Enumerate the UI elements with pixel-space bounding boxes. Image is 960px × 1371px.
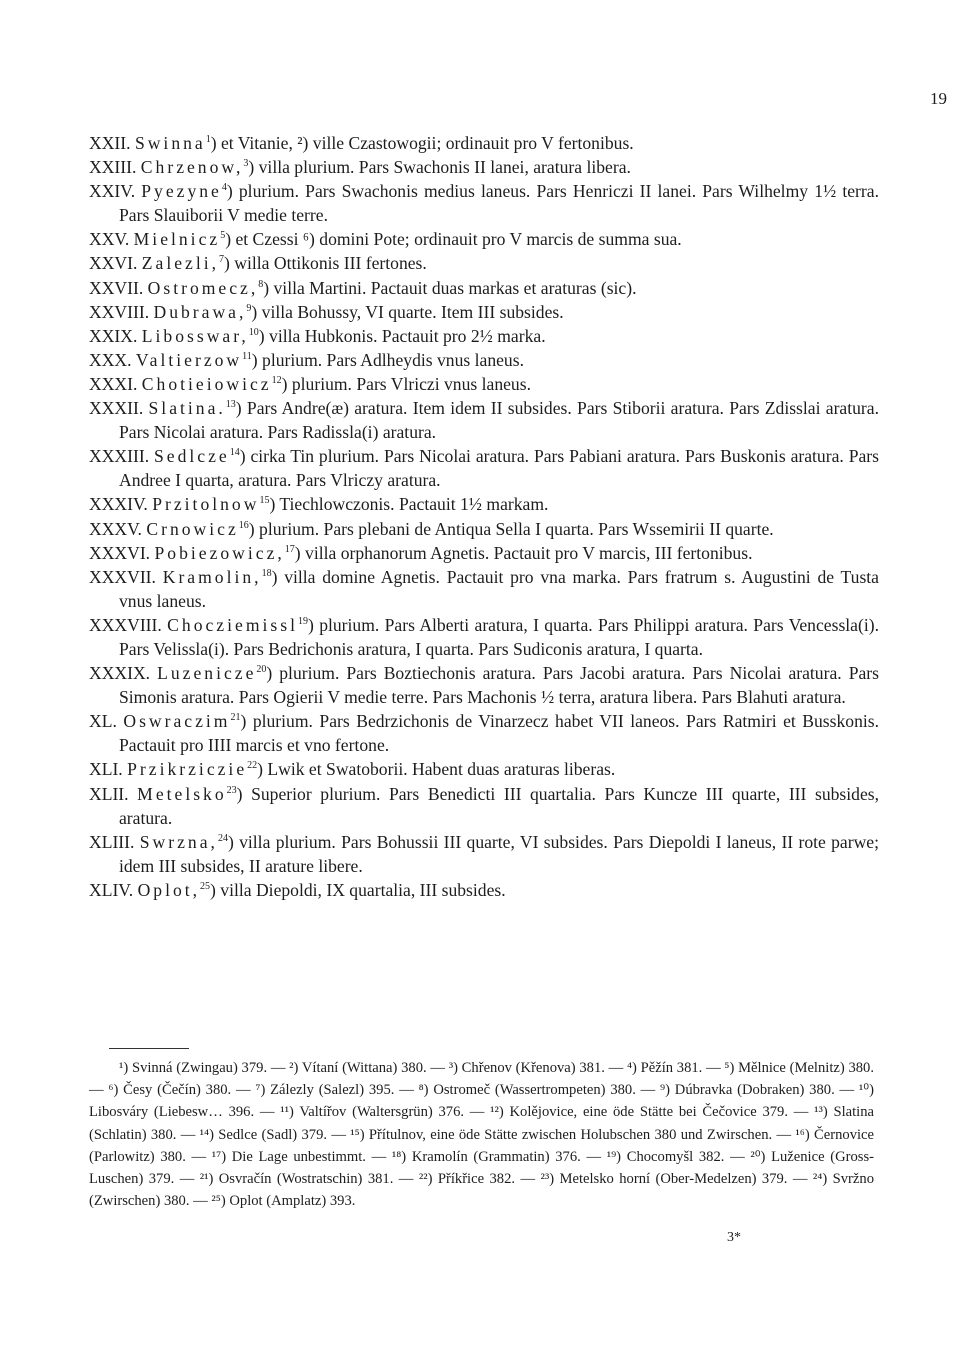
- footnote-ref: 10: [249, 327, 259, 338]
- entry-text: ) plurium. Pars Swachonis medius laneus.…: [119, 181, 879, 225]
- place-name: Oplot,: [138, 880, 200, 900]
- entry-text: ) et Vitanie, ²) ville Czastowogii; ordi…: [211, 133, 634, 153]
- entry-numeral: XLII.: [89, 784, 129, 804]
- signature-mark: 3*: [727, 1230, 741, 1246]
- entry-xl: XL. Oswraczim21) plurium. Pars Bedrzicho…: [89, 709, 879, 757]
- entry-numeral: XXX.: [89, 350, 132, 370]
- footnote-ref: 11: [242, 351, 252, 362]
- entry-xxxv: XXXV. Crnowicz16) plurium. Pars plebani …: [89, 517, 879, 541]
- entry-xli: XLI. Przikrziczie22) Lwik et Swatoborii.…: [89, 757, 879, 781]
- place-name: Chrzenow,: [141, 157, 244, 177]
- place-name: Chocziemissl: [167, 615, 298, 635]
- entry-numeral: XXXV.: [89, 519, 142, 539]
- entry-xxvii: XXVII. Ostromecz,8) villa Martini. Pacta…: [89, 276, 879, 300]
- entry-xxxiv: XXXIV. Przitolnow15) Tiechlowczonis. Pac…: [89, 492, 879, 516]
- entry-text: ) Tiechlowczonis. Pactauit 1½ markam.: [269, 494, 548, 514]
- place-name: Crnowicz: [146, 519, 238, 539]
- footnotes: ¹) Svinná (Zwingau) 379. — ²) Vítaní (Wi…: [89, 1057, 874, 1212]
- entry-numeral: XXXII.: [89, 398, 143, 418]
- footnote-ref: 24: [218, 833, 228, 844]
- footnote-ref: 25: [200, 881, 210, 892]
- entry-numeral: XXXVI.: [89, 543, 150, 563]
- place-name: Slatina.: [149, 398, 226, 418]
- place-name: Pobiezowicz,: [155, 543, 285, 563]
- entry-xxv: XXV. Mielnicz5) et Czessi ⁶) domini Pote…: [89, 227, 879, 251]
- footnote-ref: 19: [298, 616, 308, 627]
- entry-text: ) villa Diepoldi, IX quartalia, III subs…: [210, 880, 506, 900]
- place-name: Zalezli,: [142, 253, 219, 273]
- place-name: Kramolin,: [163, 567, 262, 587]
- entry-numeral: XXXVIII.: [89, 615, 162, 635]
- entry-xxix: XXIX. Libosswar,10) villa Hubkonis. Pact…: [89, 324, 879, 348]
- place-name: Luzenicze: [157, 663, 256, 683]
- entry-numeral: XXIX.: [89, 326, 137, 346]
- place-name: Mielnicz: [134, 229, 221, 249]
- footnote-divider: [109, 1048, 189, 1049]
- entry-xxii: XXII. Swinna1) et Vitanie, ²) ville Czas…: [89, 131, 879, 155]
- entry-xxxvi: XXXVI. Pobiezowicz,17) villa orphanorum …: [89, 541, 879, 565]
- entry-text: ) Lwik et Swatoborii. Habent duas aratur…: [257, 759, 615, 779]
- footnote-ref: 20: [256, 664, 266, 675]
- place-name: Swrzna,: [140, 832, 218, 852]
- entry-numeral: XXXIX.: [89, 663, 150, 683]
- entry-numeral: XXVI.: [89, 253, 137, 273]
- place-name: Chotieiowicz: [142, 374, 272, 394]
- entry-text: ) et Czessi ⁶) domini Pote; ordinauit pr…: [225, 229, 682, 249]
- footnote-ref: 22: [247, 760, 257, 771]
- entry-numeral: XLIII.: [89, 832, 134, 852]
- place-name: Valtierzow: [136, 350, 242, 370]
- place-name: Pyezyne: [141, 181, 222, 201]
- entry-text: ) plurium. Pars Vlriczi vnus laneus.: [282, 374, 531, 394]
- entry-xxxi: XXXI. Chotieiowicz12) plurium. Pars Vlri…: [89, 372, 879, 396]
- footnote-ref: 15: [259, 495, 269, 506]
- entry-numeral: XXXVII.: [89, 567, 156, 587]
- page-number: 19: [930, 89, 947, 109]
- entry-xxviii: XXVIII. Dubrawa,9) villa Bohussy, VI qua…: [89, 300, 879, 324]
- entry-numeral: XLI.: [89, 759, 123, 779]
- footnote-ref: 18: [262, 568, 272, 579]
- footnote-ref: 14: [230, 447, 240, 458]
- entry-numeral: XXIII.: [89, 157, 136, 177]
- entry-numeral: XXXIII.: [89, 446, 149, 466]
- entry-xxxviii: XXXVIII. Chocziemissl19) plurium. Pars A…: [89, 613, 879, 661]
- entry-text: ) villa Martini. Pactauit duas markas et…: [263, 278, 636, 298]
- entry-xxiii: XXIII. Chrzenow,3) villa plurium. Pars S…: [89, 155, 879, 179]
- footnote-ref: 23: [227, 785, 237, 796]
- footnote-ref: 16: [239, 520, 249, 531]
- entry-numeral: XXV.: [89, 229, 129, 249]
- entry-xxvi: XXVI. Zalezli,7) willa Ottikonis III fer…: [89, 251, 879, 275]
- entry-xxxiii: XXXIII. Sedlcze14) cirka Tin plurium. Pa…: [89, 444, 879, 492]
- entry-xxiv: XXIV. Pyezyne4) plurium. Pars Swachonis …: [89, 179, 879, 227]
- place-name: Przikrziczie: [127, 759, 247, 779]
- entry-numeral: XLIV.: [89, 880, 133, 900]
- entry-numeral: XXII.: [89, 133, 131, 153]
- entry-xliii: XLIII. Swrzna,24) villa plurium. Pars Bo…: [89, 830, 879, 878]
- entry-numeral: XXXIV.: [89, 494, 148, 514]
- place-name: Oswraczim: [123, 711, 230, 731]
- entry-numeral: XXVII.: [89, 278, 143, 298]
- entry-xxxix: XXXIX. Luzenicze20) plurium. Pars Boztie…: [89, 661, 879, 709]
- footnote-ref: 17: [285, 544, 295, 555]
- entry-text: ) plurium. Pars plebani de Antiqua Sella…: [249, 519, 774, 539]
- entry-text: ) villa orphanorum Agnetis. Pactauit pro…: [295, 543, 753, 563]
- footnote-ref: 12: [272, 375, 282, 386]
- entry-numeral: XXVIII.: [89, 302, 149, 322]
- place-name: Metelsko: [137, 784, 226, 804]
- entry-numeral: XL.: [89, 711, 117, 731]
- entry-xliv: XLIV. Oplot,25) villa Diepoldi, IX quart…: [89, 878, 879, 902]
- entry-text: ) villa plurium. Pars Swachonis II lanei…: [248, 157, 631, 177]
- place-name: Dubrawa,: [154, 302, 247, 322]
- entry-numeral: XXXI.: [89, 374, 137, 394]
- entry-text: ) plurium. Pars Adlheydis vnus laneus.: [252, 350, 524, 370]
- footnote-ref: 21: [230, 712, 240, 723]
- entry-xxx: XXX. Valtierzow11) plurium. Pars Adlheyd…: [89, 348, 879, 372]
- place-name: Libosswar,: [142, 326, 249, 346]
- place-name: Przitolnow: [152, 494, 259, 514]
- entry-xlii: XLII. Metelsko23) Superior plurium. Pars…: [89, 782, 879, 830]
- entry-text: ) villa Bohussy, VI quarte. Item III sub…: [251, 302, 563, 322]
- place-name: Sedlcze: [154, 446, 230, 466]
- place-name: Ostromecz,: [148, 278, 259, 298]
- entry-text: ) villa Hubkonis. Pactauit pro 2½ marka.: [259, 326, 546, 346]
- entry-numeral: XXIV.: [89, 181, 135, 201]
- entry-xxxii: XXXII. Slatina.13) Pars Andre(æ) aratura…: [89, 396, 879, 444]
- entry-text: ) willa Ottikonis III fertones.: [224, 253, 427, 273]
- footnote-ref: 13: [226, 399, 236, 410]
- entry-text: ) villa plurium. Pars Bohussii III quart…: [119, 832, 879, 876]
- document-body: XXII. Swinna1) et Vitanie, ²) ville Czas…: [89, 131, 879, 902]
- entry-xxxvii: XXXVII. Kramolin,18) villa domine Agneti…: [89, 565, 879, 613]
- place-name: Swinna: [135, 133, 206, 153]
